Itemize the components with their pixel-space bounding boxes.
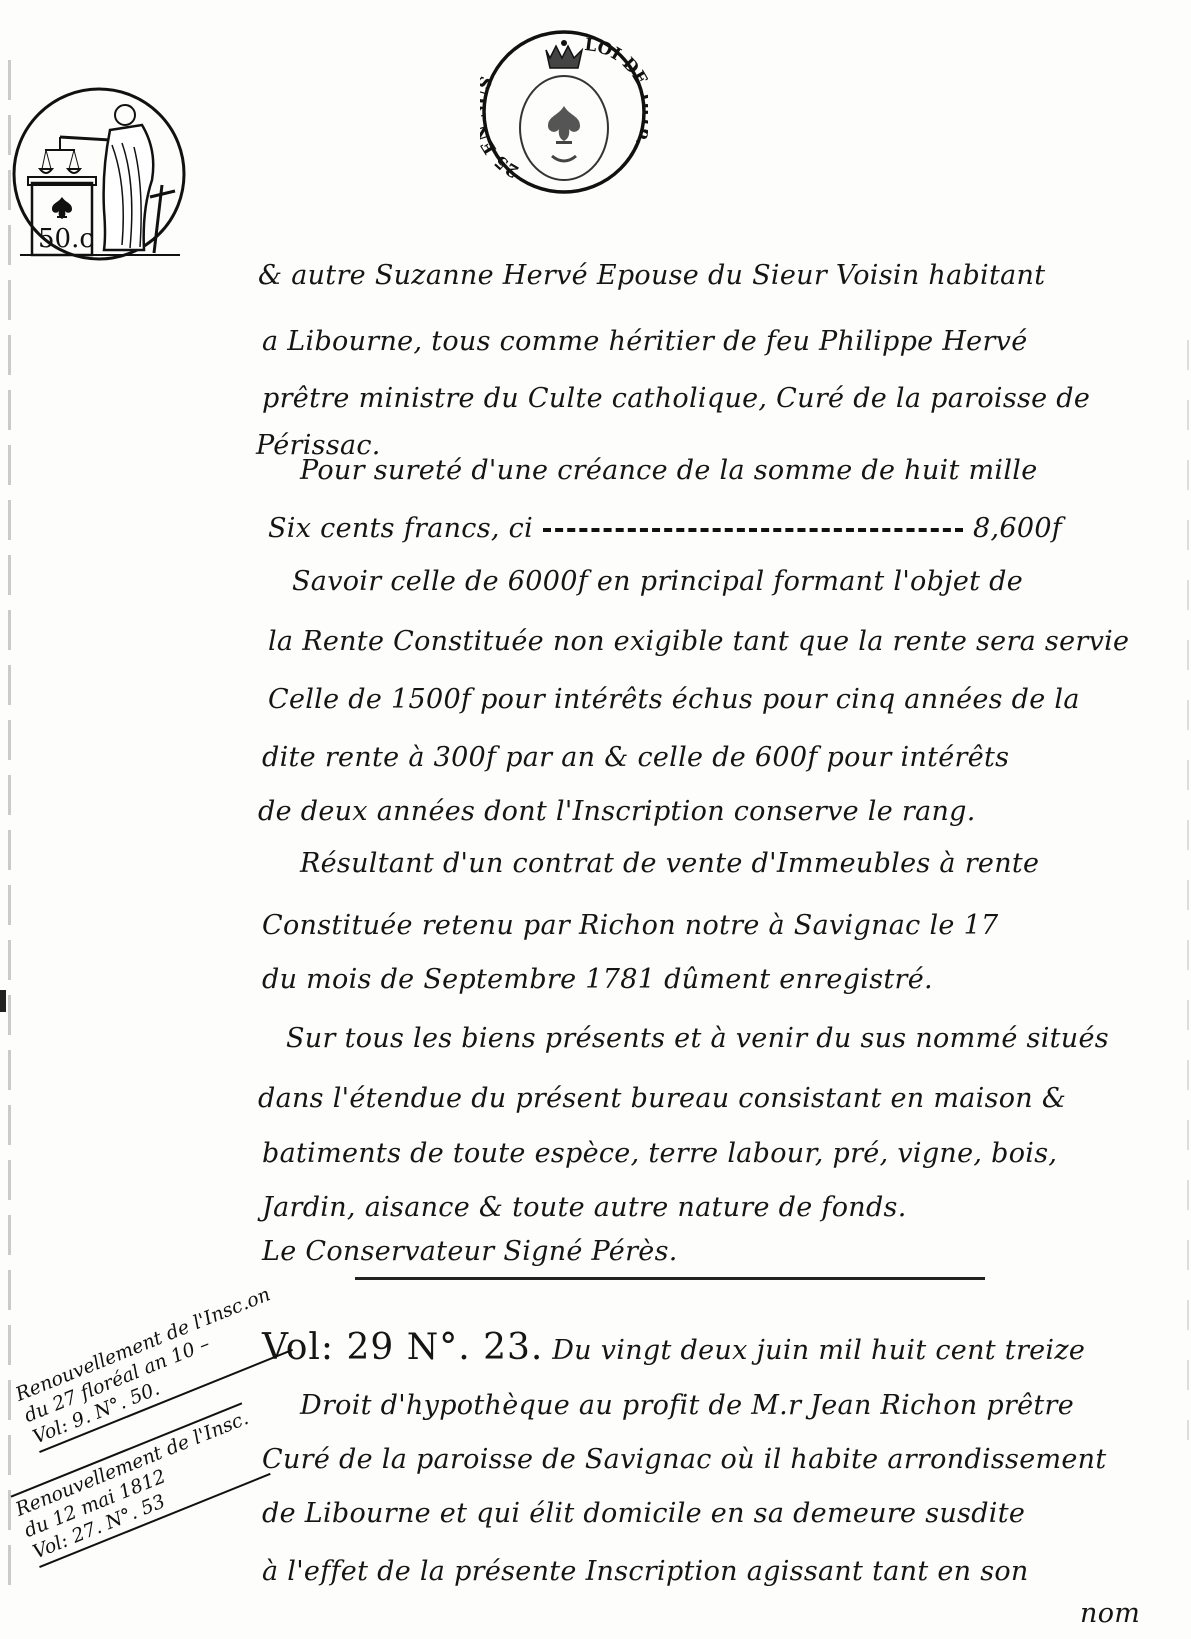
page-right-edge xyxy=(1187,340,1189,1440)
body-line-7: Savoir celle de 6000f en principal forma… xyxy=(292,568,1023,595)
body-line-17: batiments de toute espèce, terre labour,… xyxy=(262,1140,1057,1167)
body-line-11: de deux années dont l'Inscription conser… xyxy=(258,798,976,825)
body-line-12: Résultant d'un contrat de vente d'Immeub… xyxy=(300,850,1039,877)
entry-line-3: de Libourne et qui élit domicile en sa d… xyxy=(262,1500,1025,1527)
body-line-16: dans l'étendue du présent bureau consist… xyxy=(258,1085,1066,1112)
body-line-5: Pour sureté d'une créance de la somme de… xyxy=(300,457,1037,484)
body-line-3: prêtre ministre du Culte catholique, Cur… xyxy=(262,385,1090,412)
seal-text-left: 25 EN SUS xyxy=(480,74,522,182)
svg-text:25 EN SUS: 25 EN SUS xyxy=(480,74,522,182)
total-amount: 8,600f xyxy=(973,513,1062,544)
signature-line: Le Conservateur Signé Pérès. xyxy=(262,1238,678,1265)
body-line-9: Celle de 1500f pour intérêts échus pour … xyxy=(268,686,1080,713)
seal-text-right: LOI DE 1816. xyxy=(583,35,648,150)
document-page: 50.c 25 EN SUS LOI DE 1816. xyxy=(0,0,1191,1639)
body-line-14: du mois de Septembre 1781 dûment enregis… xyxy=(262,966,933,993)
body-line-13: Constituée retenu par Richon notre à Sav… xyxy=(262,912,999,939)
body-line-6-amount: Six cents francs, ci8,600f xyxy=(268,515,1062,542)
body-line-15: Sur tous les biens présents et à venir d… xyxy=(286,1025,1109,1052)
svg-text:LOI DE 1816.: LOI DE 1816. xyxy=(583,35,648,150)
justice-stamp-icon: 50.c xyxy=(10,85,188,263)
page-left-edge xyxy=(8,60,11,1600)
entry-line-4: à l'effet de la présente Inscription agi… xyxy=(262,1558,1029,1585)
entry-line-2: Curé de la paroisse de Savignac où il ha… xyxy=(262,1446,1107,1473)
body-line-1: & autre Suzanne Hervé Epouse du Sieur Vo… xyxy=(258,262,1045,289)
body-line-2: a Libourne, tous comme héritier de feu P… xyxy=(262,328,1028,355)
entry-line-5: nom xyxy=(1080,1600,1140,1627)
stamp-value: 50.c xyxy=(38,224,94,254)
body-line-8: la Rente Constituée non exigible tant qu… xyxy=(268,628,1129,655)
dash-leader xyxy=(543,528,963,532)
entry-heading-line: Vol: 29 N°. 23. Du vingt deux juin mil h… xyxy=(262,1330,1085,1366)
body-line-18: Jardin, aisance & toute autre nature de … xyxy=(262,1194,907,1221)
body-line-10: dite rente à 300f par an & celle de 600f… xyxy=(262,744,1009,771)
entry-line-1: Droit d'hypothèque au profit de M.r Jean… xyxy=(300,1392,1074,1419)
binding-mark xyxy=(0,990,6,1012)
entry-date: Du vingt deux juin mil huit cent treize xyxy=(552,1335,1085,1366)
entry-separator-rule xyxy=(355,1277,985,1280)
entry-volume-number: Vol: 29 N°. 23. xyxy=(262,1327,543,1368)
royal-seal-stamp-icon: 25 EN SUS LOI DE 1816. xyxy=(480,28,648,196)
